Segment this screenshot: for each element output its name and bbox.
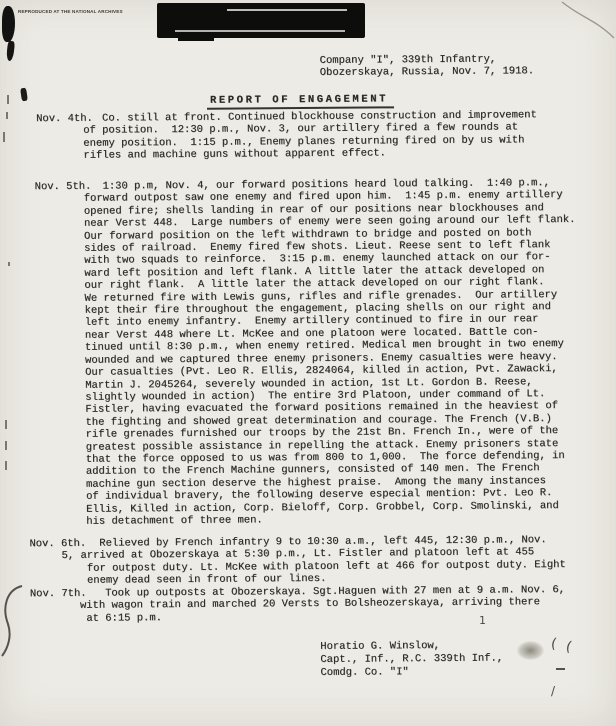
document-title: REPORT OF ENGAGEMENT [207,93,394,110]
typed-layer: Company "I", 339th Infantry, Obozerskaya… [0,0,616,726]
entry-body: 1:30 p.m, Nov. 4, our forward positions … [84,177,612,528]
entry-body: Took up outposts at Obozerskaya. Sgt.Hag… [80,584,605,625]
entry-body: Relieved by French infantry 9 to 10:30 a… [61,534,586,588]
document-page: REPRODUCED AT THE NATIONAL ARCHIVES Comp… [0,0,616,726]
document-header: Company "I", 339th Infantry, Obozerskaya… [320,53,534,79]
pencil-digit: 1 [479,614,486,627]
pencil-dash-mark [556,668,565,670]
pencil-slash-mark: / [551,684,555,698]
pencil-scribble [517,641,544,660]
entry-body: Co. still at front. Continued blockhouse… [83,109,608,163]
signature-block: Horatio G. Winslow, Capt., Inf., R.C. 33… [320,639,503,679]
